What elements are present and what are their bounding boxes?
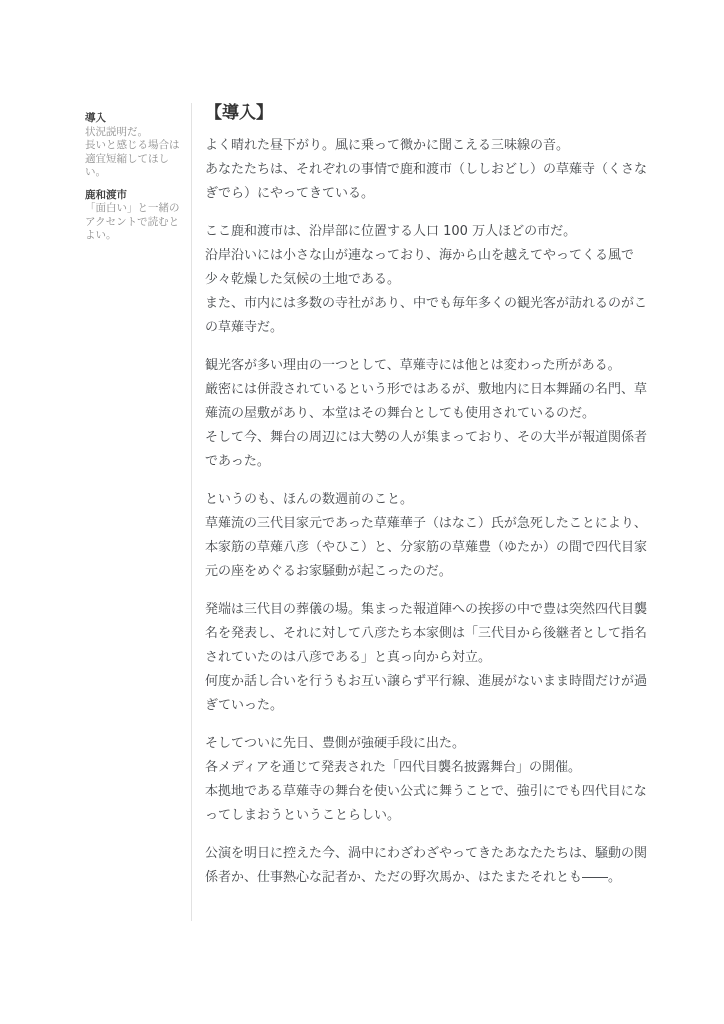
- body-paragraph: ここ鹿和渡市は、沿岸部に位置する人口 100 万人ほどの市だ。 沿岸沿いには小さ…: [205, 220, 647, 340]
- margin-note-text: 「面白い」と一緒のアクセントで読むとよい。: [85, 202, 183, 243]
- main-text-column: 【導入】 よく晴れた昼下がり。風に乗って微かに聞こえる三味線の音。 あなたたちは…: [205, 100, 647, 904]
- body-paragraph: 発端は三代目の葬儀の場。集まった報道陣への挨拶の中で豊は突然四代目襲名を発表し、…: [205, 598, 647, 718]
- body-paragraph: というのも、ほんの数週前のこと。 草薙流の三代目家元であった草薙華子（はなこ）氏…: [205, 488, 647, 584]
- margin-note-intro: 導入 状況説明だ。 長いと感じる場合は適宜短縮してほしい。: [85, 112, 183, 180]
- body-paragraph: よく晴れた昼下がり。風に乗って微かに聞こえる三味線の音。 あなたたちは、それぞれ…: [205, 134, 647, 206]
- margin-note-text: 状況説明だ。 長いと感じる場合は適宜短縮してほしい。: [85, 126, 183, 180]
- body-paragraph: 観光客が多い理由の一つとして、草薙寺には他とは変わった所がある。 厳密には併設さ…: [205, 354, 647, 474]
- section-heading: 【導入】: [205, 100, 647, 127]
- margin-note-label: 鹿和渡市: [85, 189, 183, 203]
- body-paragraph: 公演を明日に控えた今、渦中にわざわざやってきたあなたたちは、騒動の関係者か、仕事…: [205, 842, 647, 890]
- column-divider: [191, 103, 192, 921]
- document-page: 導入 状況説明だ。 長いと感じる場合は適宜短縮してほしい。 鹿和渡市 「面白い」…: [0, 0, 724, 1024]
- margin-notes-column: 導入 状況説明だ。 長いと感じる場合は適宜短縮してほしい。 鹿和渡市 「面白い」…: [85, 112, 183, 252]
- margin-note-city: 鹿和渡市 「面白い」と一緒のアクセントで読むとよい。: [85, 189, 183, 243]
- margin-note-label: 導入: [85, 112, 183, 126]
- body-paragraph: そしてついに先日、豊側が強硬手段に出た。 各メディアを通じて発表された「四代目襲…: [205, 732, 647, 828]
